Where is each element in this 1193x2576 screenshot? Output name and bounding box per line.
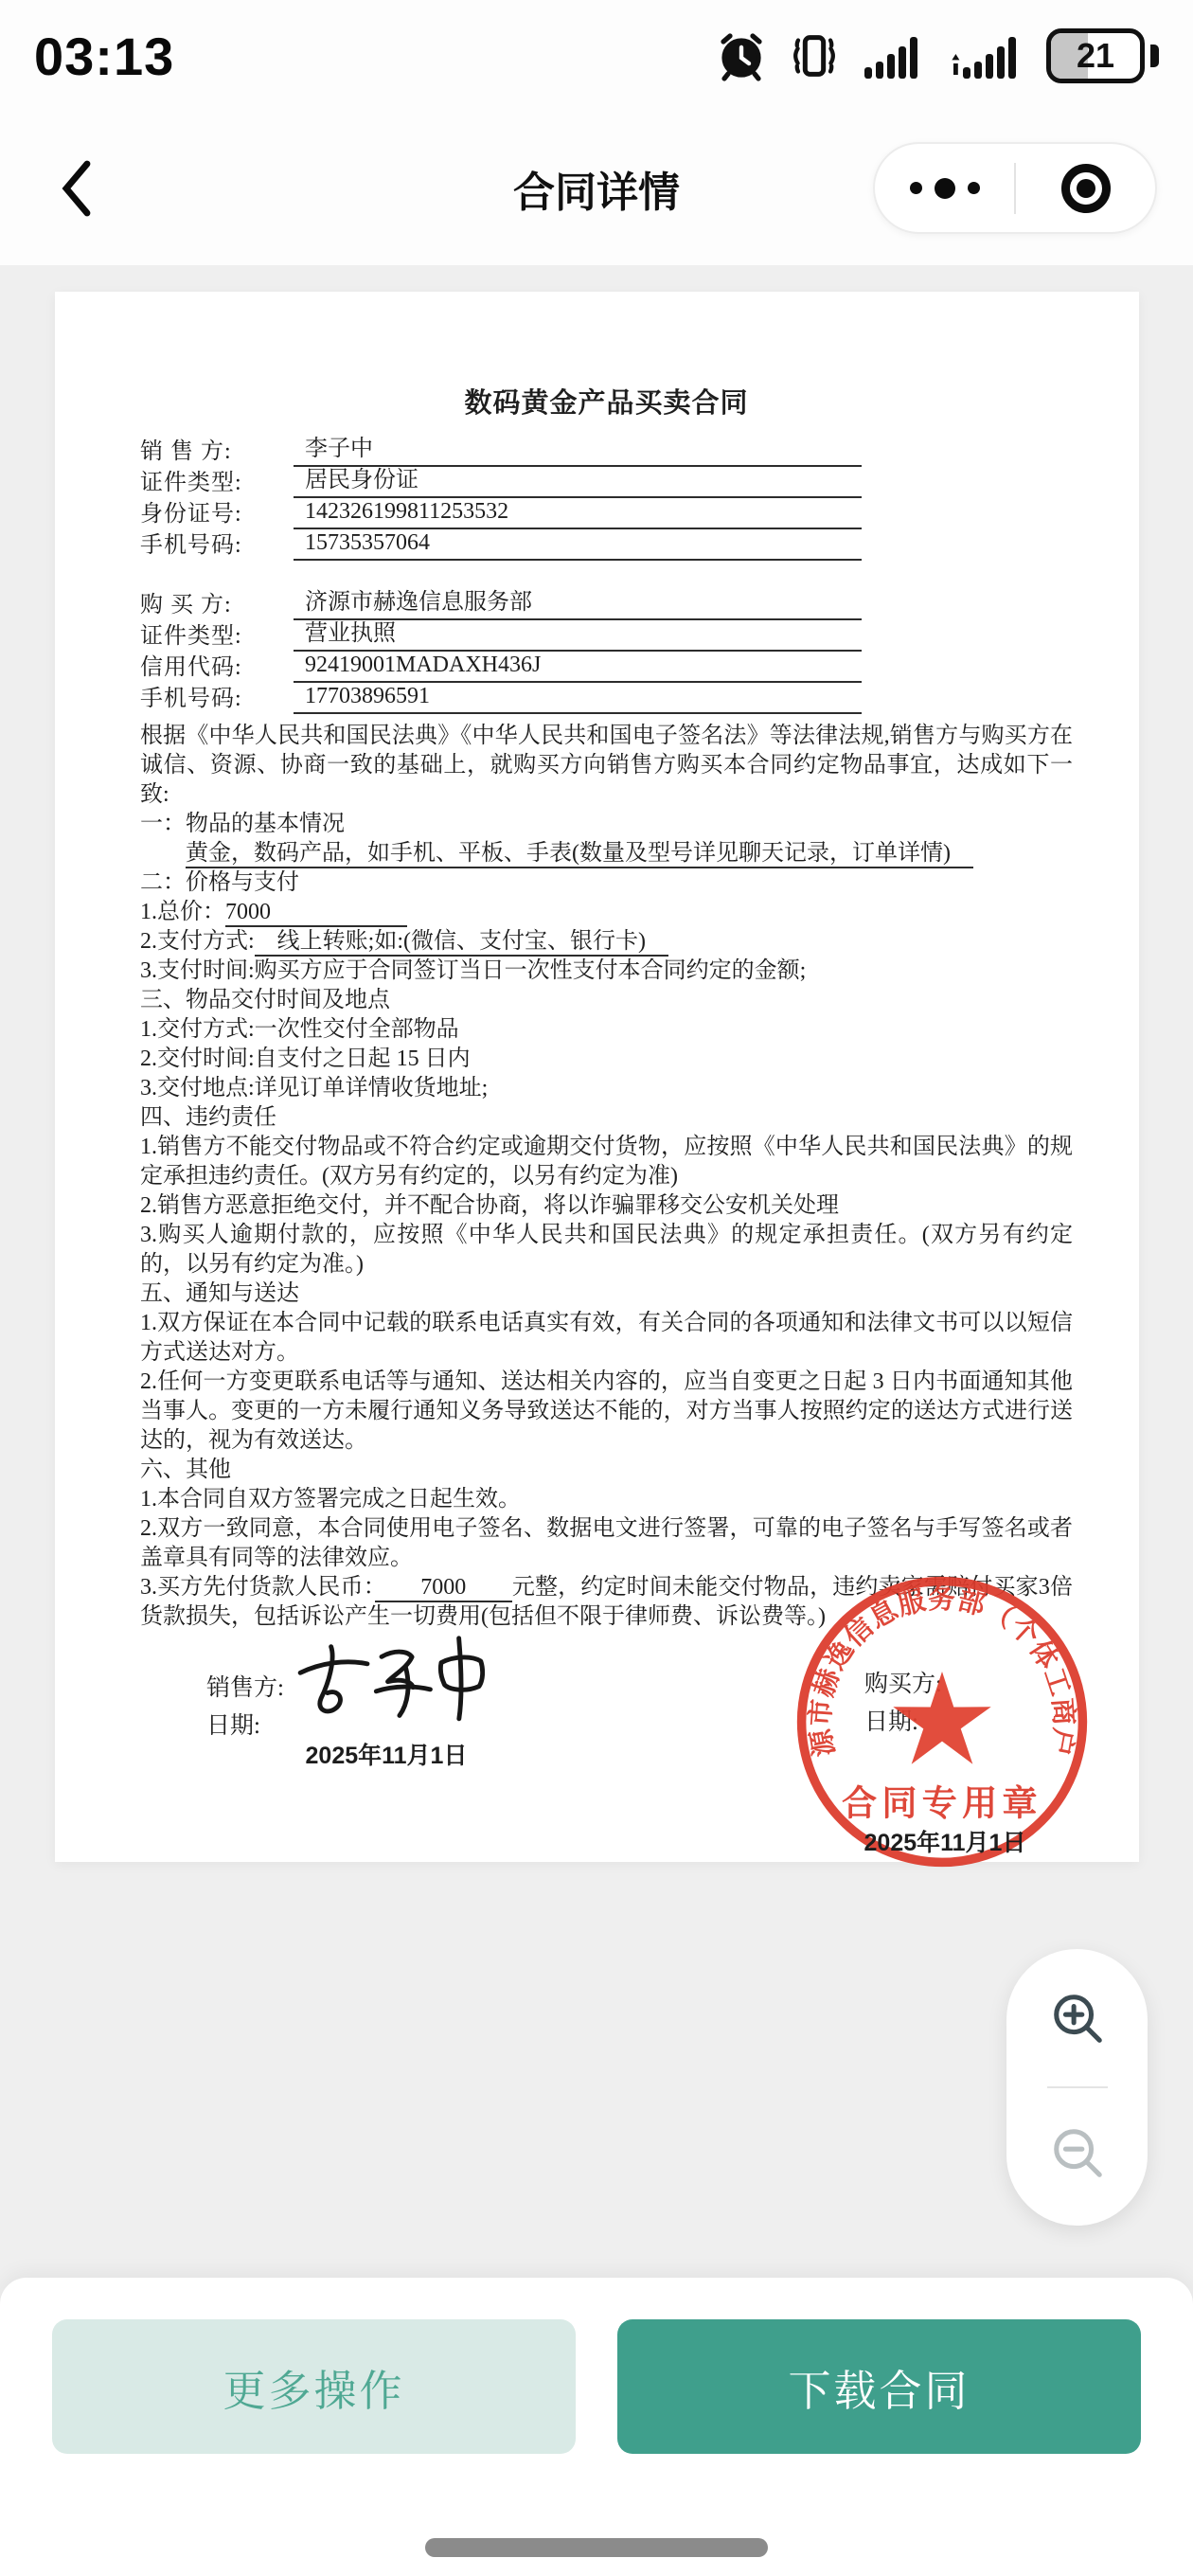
company-seal-icon: 济源市赫逸信息服务部（个体工商户） 合同专用章 (792, 1571, 1093, 1872)
clause-line: 三、物品交付时间及地点 (140, 986, 1073, 1015)
clause-text: 2.双方一致同意，本合同使用电子签名、数据电文进行签署，可靠的电子签名与手写签名… (140, 1516, 1073, 1570)
buyer-sign-date: 2025年11月1日 (803, 1829, 1087, 1858)
seller-fields: 销 售 方: 李子中 证件类型: 居民身份证 身份证号: 14232619981… (140, 436, 1073, 561)
field-value: 李子中 (294, 435, 862, 467)
alarm-icon (715, 29, 768, 82)
field-label: 身份证号: (140, 500, 294, 529)
clause-underlined-value: 黄金，数码产品，如手机、平板、手表(数量及型号详见聊天记录，订单详情) (186, 841, 973, 868)
signature-section: 销售方: 日期: 2025年11月1日 购买方: 日期: (140, 1639, 1073, 1862)
zoom-out-icon (1048, 2125, 1107, 2184)
battery-nub-icon (1150, 45, 1159, 67)
clause-text: 四、违约责任 (140, 1105, 276, 1130)
contract-detail-screen: 03:13 (0, 0, 1193, 2576)
clause-line: 3.购买人逾期付款的，应按照《中华人民共和国民法典》的规定承担责任。(双方另有约… (140, 1221, 1073, 1279)
clause-line: 六、其他 (140, 1456, 1073, 1485)
field-value: 142326199811253532 (294, 497, 862, 529)
download-contract-button[interactable]: 下载合同 (617, 2319, 1141, 2454)
more-menu-button[interactable] (875, 144, 1014, 232)
signal2-icon (948, 29, 1027, 82)
clause-text: 1.本合同自双方签署完成之日起生效。 (140, 1487, 521, 1512)
field-label: 证件类型: (140, 622, 294, 652)
contract-document: 数码黄金产品买卖合同 销 售 方: 李子中 证件类型: 居民身份证 身份证号: (55, 292, 1139, 1862)
field-value: 营业执照 (294, 619, 862, 652)
clause-line: 黄金，数码产品，如手机、平板、手表(数量及型号详见聊天记录，订单详情) (140, 839, 1073, 868)
field-label: 证件类型: (140, 469, 294, 498)
page-title: 合同详情 (284, 121, 909, 256)
field-value: 17703896591 (294, 682, 862, 714)
clause-text: 2.支付方式: (140, 929, 255, 954)
clause-line: 1.本合同自双方签署完成之日起生效。 (140, 1485, 1073, 1514)
nav-bar: 合同详情 (0, 121, 1193, 256)
seller-signature-icon (280, 1619, 502, 1744)
status-bar: 03:13 (0, 15, 1193, 97)
clause-text: 1.交付方式:一次性交付全部物品 (140, 1017, 459, 1042)
status-time: 03:13 (34, 26, 174, 87)
contract-title: 数码黄金产品买卖合同 (140, 386, 1073, 420)
miniprogram-capsule (873, 142, 1157, 234)
clause-line: 四、违约责任 (140, 1103, 1073, 1133)
contract-field-row: 身份证号: 142326199811253532 (140, 498, 1073, 529)
clause-line: 2.双方一致同意，本合同使用电子签名、数据电文进行签署，可靠的电子签名与手写签名… (140, 1514, 1073, 1573)
field-label: 销 售 方: (140, 438, 294, 467)
battery-icon: 21 (1046, 28, 1145, 83)
seller-sign-date: 2025年11月1日 (273, 1742, 500, 1771)
clause-text: 3.支付时间:购买方应于合同签订当日一次性支付本合同约定的金额; (140, 958, 806, 983)
clause-line: 1.交付方式:一次性交付全部物品 (140, 1015, 1073, 1045)
field-label: 购 买 方: (140, 591, 294, 620)
home-indicator[interactable] (425, 2538, 768, 2557)
seller-signature-label: 销售方: (206, 1673, 284, 1703)
field-label: 手机号码: (140, 685, 294, 714)
clause-text: 2.销售方恶意拒绝交付，并不配合协商，将以诈骗罪移交公安机关处理 (140, 1193, 839, 1218)
clause-text: 五、通知与送达 (140, 1281, 299, 1306)
contract-preamble: 根据《中华人民共和国民法典》《中华人民共和国电子签名法》等法律法规,销售方与购买… (140, 722, 1073, 810)
status-icons: 21 (715, 28, 1159, 83)
field-value: 15735357064 (294, 528, 862, 561)
clause-text: 二：价格与支付 (140, 870, 299, 895)
clause-text: 一：物品的基本情况 (140, 812, 345, 836)
more-actions-button[interactable]: 更多操作 (52, 2319, 576, 2454)
record-circle-icon (1061, 164, 1111, 213)
field-value: 济源市赫逸信息服务部 (294, 588, 862, 620)
field-value: 居民身份证 (294, 466, 862, 498)
clause-line: 2.销售方恶意拒绝交付，并不配合协商，将以诈骗罪移交公安机关处理 (140, 1191, 1073, 1221)
contract-field-row: 购 买 方: 济源市赫逸信息服务部 (140, 589, 1073, 620)
vibrate-icon (787, 29, 842, 82)
zoom-in-button[interactable] (1044, 1987, 1111, 2053)
contract-field-row: 证件类型: 居民身份证 (140, 467, 1073, 498)
field-group-gap (140, 561, 1073, 589)
clause-text: 六、其他 (140, 1458, 231, 1482)
clause-text: 1.总价： (140, 900, 225, 924)
clause-text: 3.买方先付货款人民币： (140, 1575, 375, 1600)
clause-text: 1.双方保证在本合同中记载的联系电话真实有效，有关合同的各项通知和法律文书可以以… (140, 1311, 1073, 1365)
clause-text (140, 841, 186, 866)
bottom-action-sheet: 更多操作 下载合同 (0, 2278, 1193, 2576)
clause-text: 2.交付时间:自支付之日起 15 日内 (140, 1046, 471, 1071)
field-value: 92419001MADAXH436J (294, 651, 862, 683)
clause-line: 2.交付时间:自支付之日起 15 日内 (140, 1045, 1073, 1074)
buyer-fields: 购 买 方: 济源市赫逸信息服务部 证件类型: 营业执照 信用代码: 92419… (140, 589, 1073, 714)
clause-text: 1.销售方不能交付物品或不符合约定或逾期交付货物，应按照《中华人民共和国民法典》… (140, 1135, 1073, 1189)
seller-date-label: 日期: (206, 1711, 260, 1741)
clause-line: 2.支付方式: 线上转账;如:(微信、支付宝、银行卡) (140, 927, 1073, 957)
stamp-center-text: 合同专用章 (842, 1783, 1042, 1824)
contract-field-row: 手机号码: 17703896591 (140, 683, 1073, 714)
clause-underlined-value: 7000 (375, 1575, 512, 1602)
zoom-out-button[interactable] (1044, 2121, 1111, 2188)
clause-underlined-value: 线上转账;如:(微信、支付宝、银行卡) (255, 929, 668, 957)
chevron-left-icon (55, 158, 97, 219)
back-button[interactable] (38, 148, 114, 229)
zoom-divider (1047, 2086, 1108, 2088)
clause-text: 3.购买人逾期付款的，应按照《中华人民共和国民法典》的规定承担责任。(双方另有约… (140, 1223, 1073, 1277)
contract-clauses: 一：物品的基本情况 黄金，数码产品，如手机、平板、手表(数量及型号详见聊天记录，… (140, 810, 1073, 1632)
contract-field-row: 信用代码: 92419001MADAXH436J (140, 652, 1073, 683)
contract-field-row: 手机号码: 15735357064 (140, 529, 1073, 561)
action-buttons: 更多操作 下载合同 (52, 2319, 1141, 2454)
stamp-star-icon (893, 1672, 990, 1764)
zoom-controls (1006, 1949, 1148, 2226)
signal-icon (861, 29, 929, 82)
clause-underlined-value: 7000 (225, 900, 407, 927)
exit-miniprogram-button[interactable] (1016, 144, 1155, 232)
field-label: 信用代码: (140, 653, 294, 683)
clause-text: 2.任何一方变更联系电话等与通知、送达相关内容的，应当自变更之日起 3 日内书面… (140, 1369, 1073, 1453)
more-dots-icon (910, 178, 980, 199)
contract-field-row: 销 售 方: 李子中 (140, 436, 1073, 467)
battery-percent: 21 (1077, 36, 1114, 76)
contract-body: 数码黄金产品买卖合同 销 售 方: 李子中 证件类型: 居民身份证 身份证号: (55, 292, 1139, 1862)
clause-line: 二：价格与支付 (140, 868, 1073, 898)
clause-line: 1.双方保证在本合同中记载的联系电话真实有效，有关合同的各项通知和法律文书可以以… (140, 1309, 1073, 1368)
clause-line: 3.支付时间:购买方应于合同签订当日一次性支付本合同约定的金额; (140, 957, 1073, 986)
field-label: 手机号码: (140, 531, 294, 561)
clause-line: 3.交付地点:详见订单详情收货地址; (140, 1074, 1073, 1103)
contract-field-row: 证件类型: 营业执照 (140, 620, 1073, 652)
clause-line: 1.销售方不能交付物品或不符合约定或逾期交付货物，应按照《中华人民共和国民法典》… (140, 1133, 1073, 1191)
clause-line: 五、通知与送达 (140, 1279, 1073, 1309)
clause-line: 1.总价：7000 (140, 898, 1073, 927)
clause-text: 3.交付地点:详见订单详情收货地址; (140, 1076, 488, 1100)
clause-text: 三、物品交付时间及地点 (140, 988, 390, 1012)
zoom-in-icon (1048, 1991, 1107, 2049)
clause-line: 2.任何一方变更联系电话等与通知、送达相关内容的，应当自变更之日起 3 日内书面… (140, 1368, 1073, 1456)
clause-line: 一：物品的基本情况 (140, 810, 1073, 839)
